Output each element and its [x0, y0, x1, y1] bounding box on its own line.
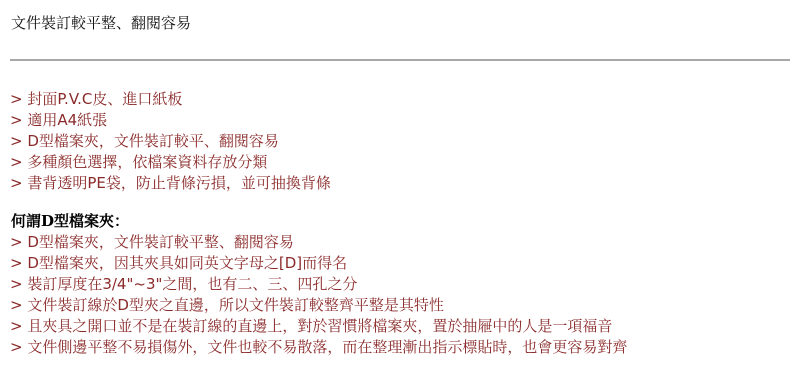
explanation-item: > 裝訂厚度在3/4"~3"之間，也有二、三、四孔之分: [10, 274, 627, 295]
feature-item: > D型檔案夾，文件裝訂較平、翻閱容易: [10, 131, 331, 152]
horizontal-divider: [10, 59, 790, 61]
feature-item: > 多種顏色選擇，依檔案資料存放分類: [10, 152, 331, 173]
explanation-item: > 文件側邊平整不易損傷外，文件也較不易散落，而在整理漸出指示標貼時，也會更容易…: [10, 337, 627, 358]
feature-item: > 書背透明PE袋，防止背條污損，並可抽換背條: [10, 173, 331, 194]
explanation-item: > D型檔案夾，因其夾具如同英文字母之[D]而得名: [10, 253, 627, 274]
explanation-item: > 且夾具之開口並不是在裝訂線的直邊上，對於習慣將檔案夾，置於抽屜中的人是一項福…: [10, 316, 627, 337]
explanation-item: > 文件裝訂線於D型夾之直邊，所以文件裝訂較整齊平整是其特性: [10, 295, 627, 316]
page-title: 文件裝訂較平整、翻閱容易: [11, 13, 191, 33]
section-heading: 何謂D型檔案夾：: [11, 211, 129, 231]
explanation-list: > D型檔案夾，文件裝訂較平整、翻閱容易 > D型檔案夾，因其夾具如同英文字母之…: [10, 232, 627, 358]
feature-item: > 封面P.V.C皮、進口紙板: [10, 89, 331, 110]
explanation-item: > D型檔案夾，文件裝訂較平整、翻閱容易: [10, 232, 627, 253]
feature-item: > 適用A4紙張: [10, 110, 331, 131]
feature-list: > 封面P.V.C皮、進口紙板 > 適用A4紙張 > D型檔案夾，文件裝訂較平、…: [10, 89, 331, 194]
